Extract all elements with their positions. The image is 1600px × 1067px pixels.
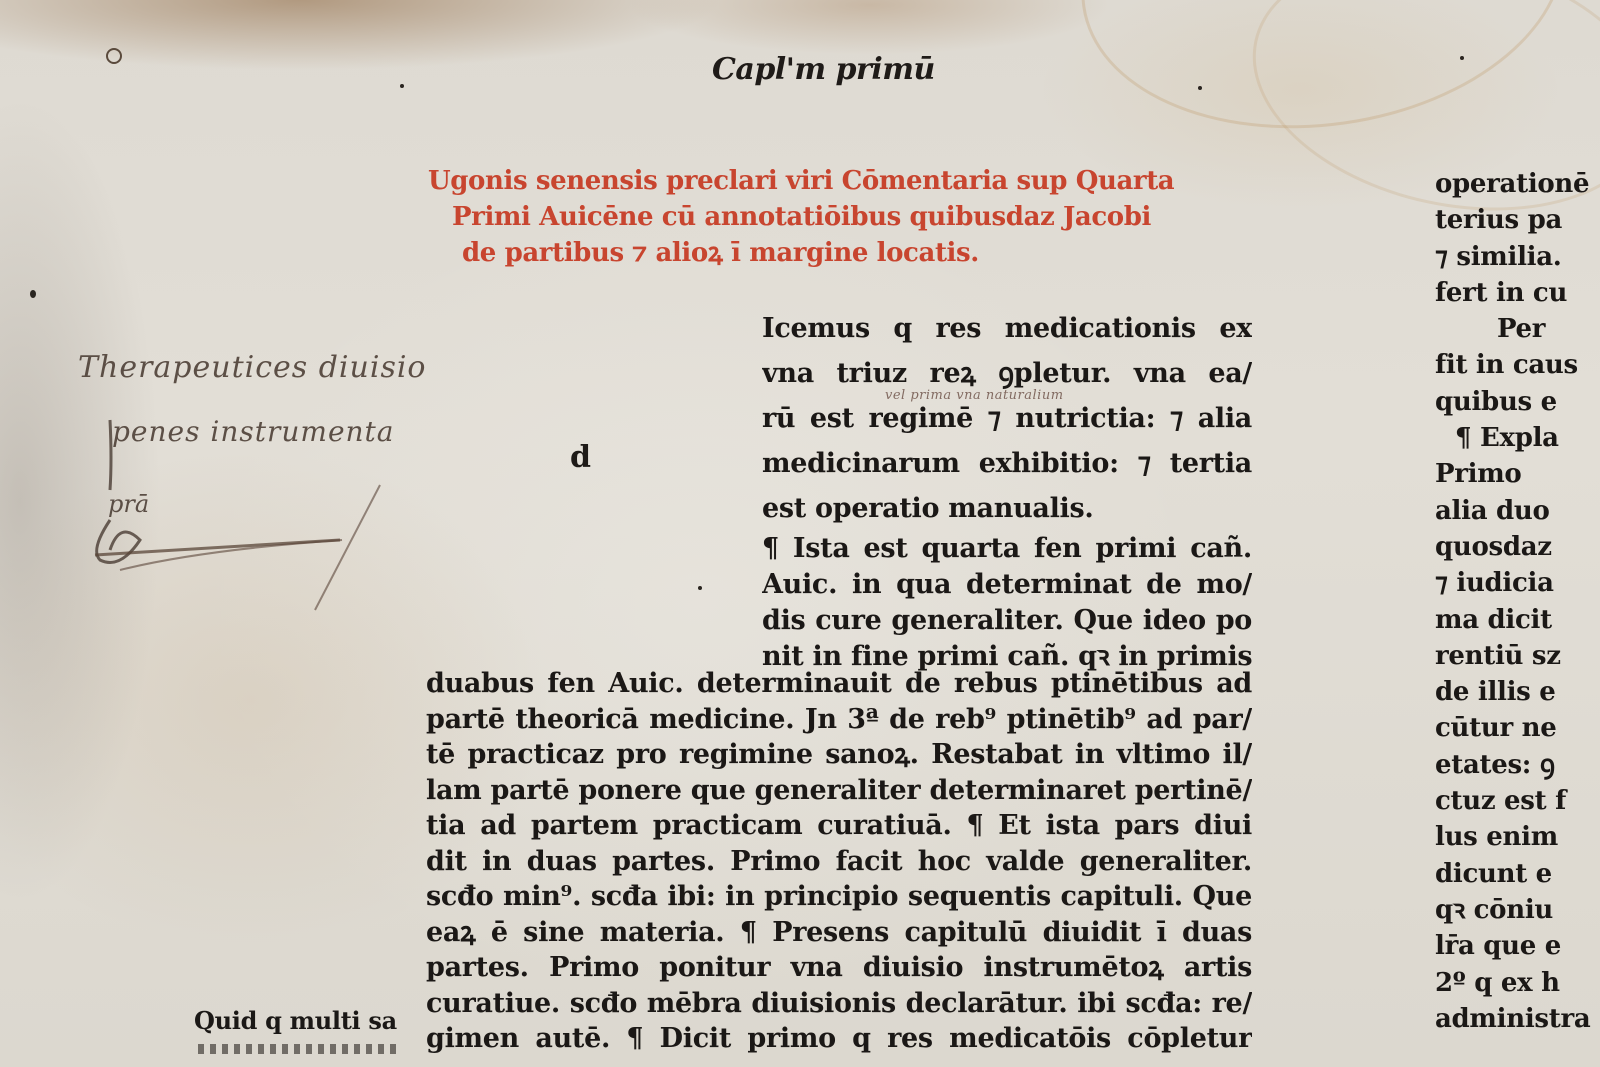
text-line: 2º q ex h: [1435, 965, 1600, 1001]
text-line: lus enim: [1435, 819, 1600, 855]
text-line: duabus fen Auic. determinauit de rebus p…: [426, 666, 1252, 702]
text-line: quibus e: [1435, 384, 1600, 420]
text-line: vna triuz reꝝ ꝯpletur. vna ea/: [762, 351, 1252, 396]
ink-fleck: [1460, 56, 1464, 60]
text-line: tia ad partem practicam curatiuā. ¶ Et i…: [426, 808, 1252, 844]
text-line: partes. Primo ponitur vna diuisio instru…: [426, 950, 1252, 986]
manuscript-page: Capl'm primū Ugonis senensis preclari vi…: [0, 0, 1600, 1067]
ink-fleck: [400, 84, 404, 88]
text-line: ctuz est f: [1435, 783, 1600, 819]
handwritten-annotation: prā: [108, 490, 149, 518]
text-line: medicinarum exhibitio: ⁊ tertia: [762, 441, 1252, 486]
text-line: curatiue. scđo mēbra diuisionis declarāt…: [426, 986, 1252, 1022]
rubric-line: Primi Auicēne cū annotatiōibus quibusdaz…: [428, 199, 1258, 235]
rubric-title: Ugonis senensis preclari viri Cōmentaria…: [428, 163, 1258, 271]
text-line: dit in duas partes. Primo facit hoc vald…: [426, 844, 1252, 880]
text-line: partē theoricā medicine. Jn 3ª de reb⁹ p…: [426, 702, 1252, 738]
text-line: etates: ꝯ: [1435, 747, 1600, 783]
text-line: est operatio manualis.: [762, 486, 1252, 531]
text-line: eaꝝ ē sine materia. ¶ Presens capitulū d…: [426, 915, 1252, 951]
ink-fleck: [1198, 86, 1202, 90]
handwritten-annotation: penes instrumenta: [112, 415, 395, 448]
text-line: ⁊ iudicia: [1435, 565, 1600, 601]
side-heading: Quid q multi sa: [194, 1006, 397, 1035]
handwritten-annotation: Therapeutices diuisio: [78, 350, 427, 385]
text-line: lr̄a que e: [1435, 928, 1600, 964]
commentary-column: duabus fen Auic. determinauit de rebus p…: [426, 666, 1252, 1057]
text-line: Per: [1435, 311, 1600, 347]
text-line: fert in cu: [1435, 275, 1600, 311]
text-line: operationē: [1435, 166, 1600, 202]
text-line-cutoff: [198, 1044, 398, 1054]
text-line: qꝛ cōniu: [1435, 892, 1600, 928]
ink-fleck: [30, 290, 36, 298]
text-line: tē practicaz pro regimine sanoꝝ. Restaba…: [426, 737, 1252, 773]
text-line: quosdaz: [1435, 529, 1600, 565]
text-line: ¶ Ista est quarta fen primi cañ.: [762, 531, 1252, 567]
text-line: dicunt e: [1435, 856, 1600, 892]
ink-fleck: [698, 586, 702, 590]
text-line: rū est regimē ⁊ nutrictia: ⁊ alia: [762, 396, 1252, 441]
chapter-heading: Capl'm primū: [712, 52, 935, 87]
text-line: Auic. in qua determinat de mo/: [762, 567, 1252, 603]
rubric-line: Ugonis senensis preclari viri Cōmentaria…: [428, 163, 1258, 199]
text-line: terius pa: [1435, 202, 1600, 238]
text-line: lam partē ponere que generaliter determi…: [426, 773, 1252, 809]
text-line: gimen autē. ¶ Dicit primo q res medicatō…: [426, 1021, 1252, 1057]
text-line: alia duo: [1435, 493, 1600, 529]
water-stain-ring: [1061, 0, 1585, 158]
text-line: cūtur ne: [1435, 710, 1600, 746]
text-line: ⁊ similia.: [1435, 239, 1600, 275]
text-line: ma dicit: [1435, 602, 1600, 638]
text-line: scđo min⁹. scđa ibi: in principio sequen…: [426, 879, 1252, 915]
text-line: administra: [1435, 1001, 1600, 1037]
text-line: de illis e: [1435, 674, 1600, 710]
text-line: rentiū sz: [1435, 638, 1600, 674]
rubric-line: de partibus ⁊ alioꝝ ī margine locatis.: [428, 235, 1258, 271]
text-line: dis cure generaliter. Que ideo po: [762, 603, 1252, 639]
right-text-column: operationē terius pa ⁊ similia. fert in …: [1435, 166, 1600, 1037]
guide-letter: d: [570, 440, 591, 475]
main-text-column: Icemus q res medicationis ex vna triuz r…: [762, 306, 1252, 675]
text-line: ¶ Expla: [1435, 420, 1600, 456]
text-line: Icemus q res medicationis ex: [762, 306, 1252, 351]
wormhole-mark: [106, 48, 122, 64]
text-line: fit in caus: [1435, 347, 1600, 383]
text-line: Primo: [1435, 456, 1600, 492]
